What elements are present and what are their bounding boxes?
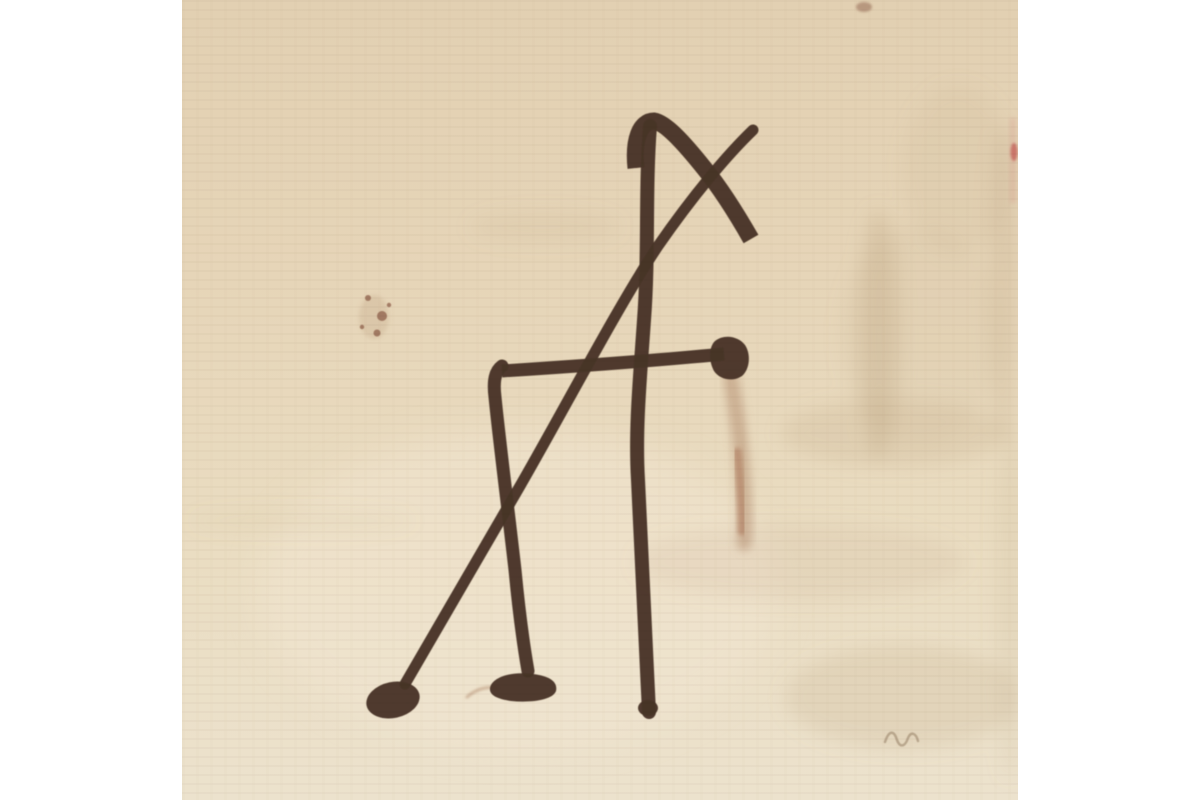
bleedthrough-smudge <box>190 509 414 533</box>
bleedthrough-smudge <box>996 420 1024 780</box>
ink-speck <box>387 303 391 307</box>
red-edge-fleck <box>1011 143 1018 161</box>
manuscript-scan <box>0 0 1200 800</box>
bleedthrough-smudge <box>840 225 1000 445</box>
ink-speck <box>365 295 371 301</box>
manuscript-illustration <box>0 0 1200 800</box>
bleedthrough-smudge <box>470 211 620 243</box>
ink-drip-stain-core <box>737 452 742 531</box>
ink-speck <box>374 330 381 337</box>
ink-speck <box>360 325 364 329</box>
ink-crossbar-end-blob <box>710 337 749 380</box>
ink-speck <box>377 311 387 321</box>
bleedthrough-smudge <box>635 524 965 600</box>
ink-stem-tip-blob <box>638 700 658 716</box>
bleedthrough-smudge <box>785 645 1021 749</box>
top-edge-speck <box>856 2 872 12</box>
